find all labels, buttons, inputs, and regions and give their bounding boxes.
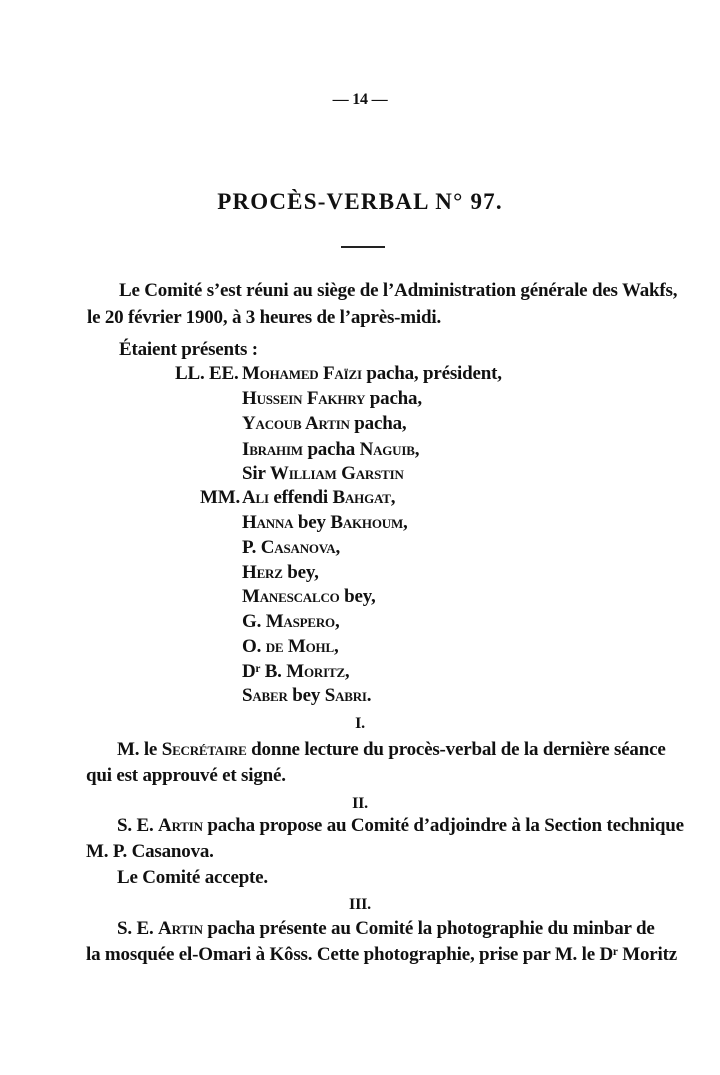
attendee: Ibrahim pacha Naguib,	[242, 438, 419, 462]
section-3-line-1: S. E. Artin pacha présente au Comité la …	[117, 917, 637, 941]
section-1-line-1: M. le Secrétaire donne lecture du procès…	[117, 738, 637, 762]
attendee: O. de Mohl,	[242, 635, 339, 659]
attendee: Hussein Fakhry pacha,	[242, 387, 422, 411]
section-2-line-1: S. E. Artin pacha propose au Comité d’ad…	[117, 814, 637, 838]
page-number: — 14 —	[0, 88, 720, 112]
attendee: Hanna bey Bakhoum,	[242, 511, 408, 535]
attendee: Dʳ B. Moritz,	[242, 660, 349, 684]
attendee: P. Casanova,	[242, 536, 340, 560]
attendee: Mohamed Faïzi pacha, président,	[242, 362, 502, 386]
document-page: — 14 — PROCÈS-VERBAL N° 97. Le Comité s’…	[0, 0, 720, 1075]
page-title: PROCÈS-VERBAL N° 97.	[0, 190, 720, 214]
group1-prefix: LL. EE.	[175, 362, 239, 386]
attendee: Herz bey,	[242, 561, 319, 585]
section-1-line-2: qui est approuvé et signé.	[86, 764, 286, 788]
attendee: G. Maspero,	[242, 610, 340, 634]
section-2-line-3: Le Comité accepte.	[117, 866, 268, 890]
group2-prefix: MM.	[200, 486, 240, 510]
title-divider	[341, 246, 385, 248]
attendee: Manescalco bey,	[242, 585, 376, 609]
present-label: Étaient présents :	[119, 338, 258, 362]
section-numeral-2: II.	[0, 792, 720, 816]
attendee: Sir William Garstin	[242, 462, 404, 486]
section-numeral-3: III.	[0, 893, 720, 917]
attendee: Saber bey Sabri.	[242, 684, 371, 708]
section-2-line-2: M. P. Casanova.	[86, 840, 214, 864]
attendee: Ali effendi Bahgat,	[242, 486, 395, 510]
section-3-line-2: la mosquée el-Omari à Kôss. Cette photog…	[86, 943, 637, 967]
attendee: Yacoub Artin pacha,	[242, 412, 406, 436]
opening-line-1: Le Comité s’est réuni au siège de l’Admi…	[119, 279, 637, 303]
section-numeral-1: I.	[0, 712, 720, 736]
opening-line-2: le 20 février 1900, à 3 heures de l’aprè…	[87, 306, 441, 330]
